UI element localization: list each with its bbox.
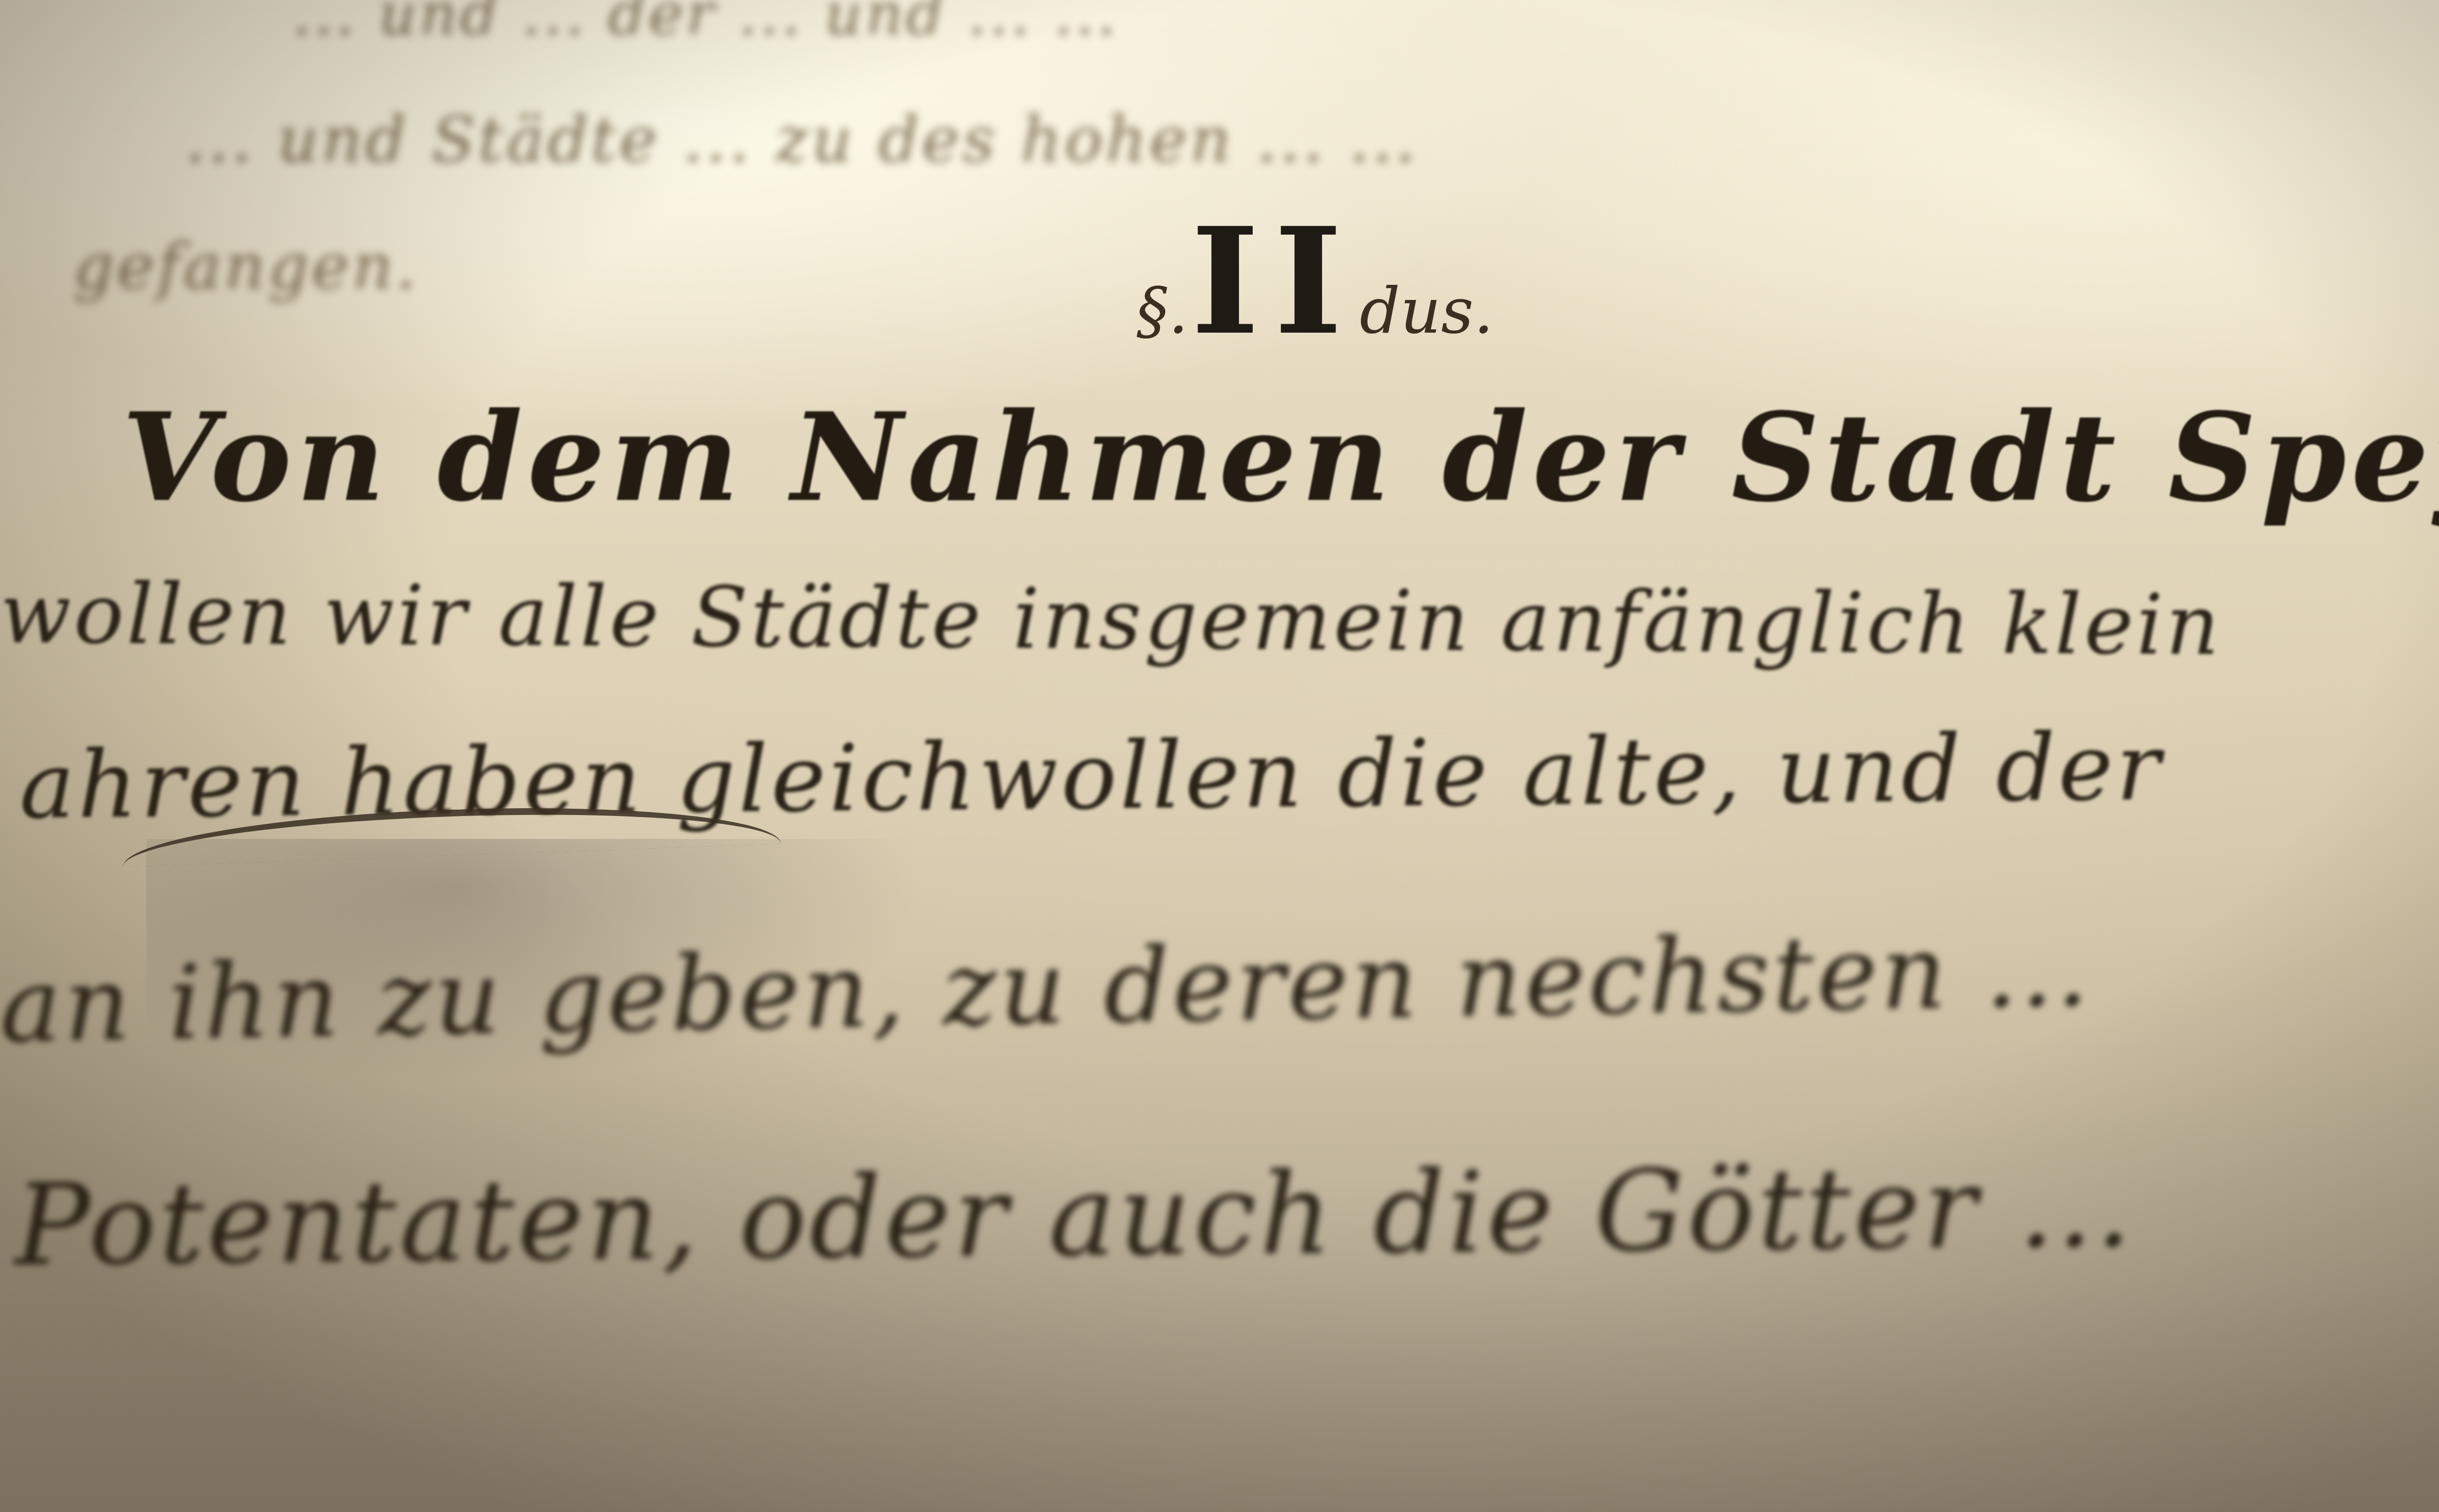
section-title: Von dem Nahmen der Stadt Speyer. bbox=[122, 385, 2439, 529]
section-number: II bbox=[1191, 195, 1357, 367]
manuscript-photo: ... und ... der ... und ... ... ... und … bbox=[0, 0, 2439, 1512]
section-heading: §. II dus. bbox=[1137, 195, 1494, 367]
section-symbol: §. bbox=[1137, 274, 1188, 348]
top-line-1: ... und ... der ... und ... ... bbox=[293, 0, 1119, 48]
top-line-3: gefangen. bbox=[73, 229, 419, 303]
body-line-4: Potentaten, oder auch die Götter ... bbox=[14, 1142, 2135, 1291]
section-suffix: dus. bbox=[1359, 274, 1494, 348]
top-line-2: ... und Städte ... zu des hohen ... ... bbox=[185, 102, 1419, 177]
body-line-1: wollen wir alle Städte insgemein anfängl… bbox=[0, 566, 2222, 674]
